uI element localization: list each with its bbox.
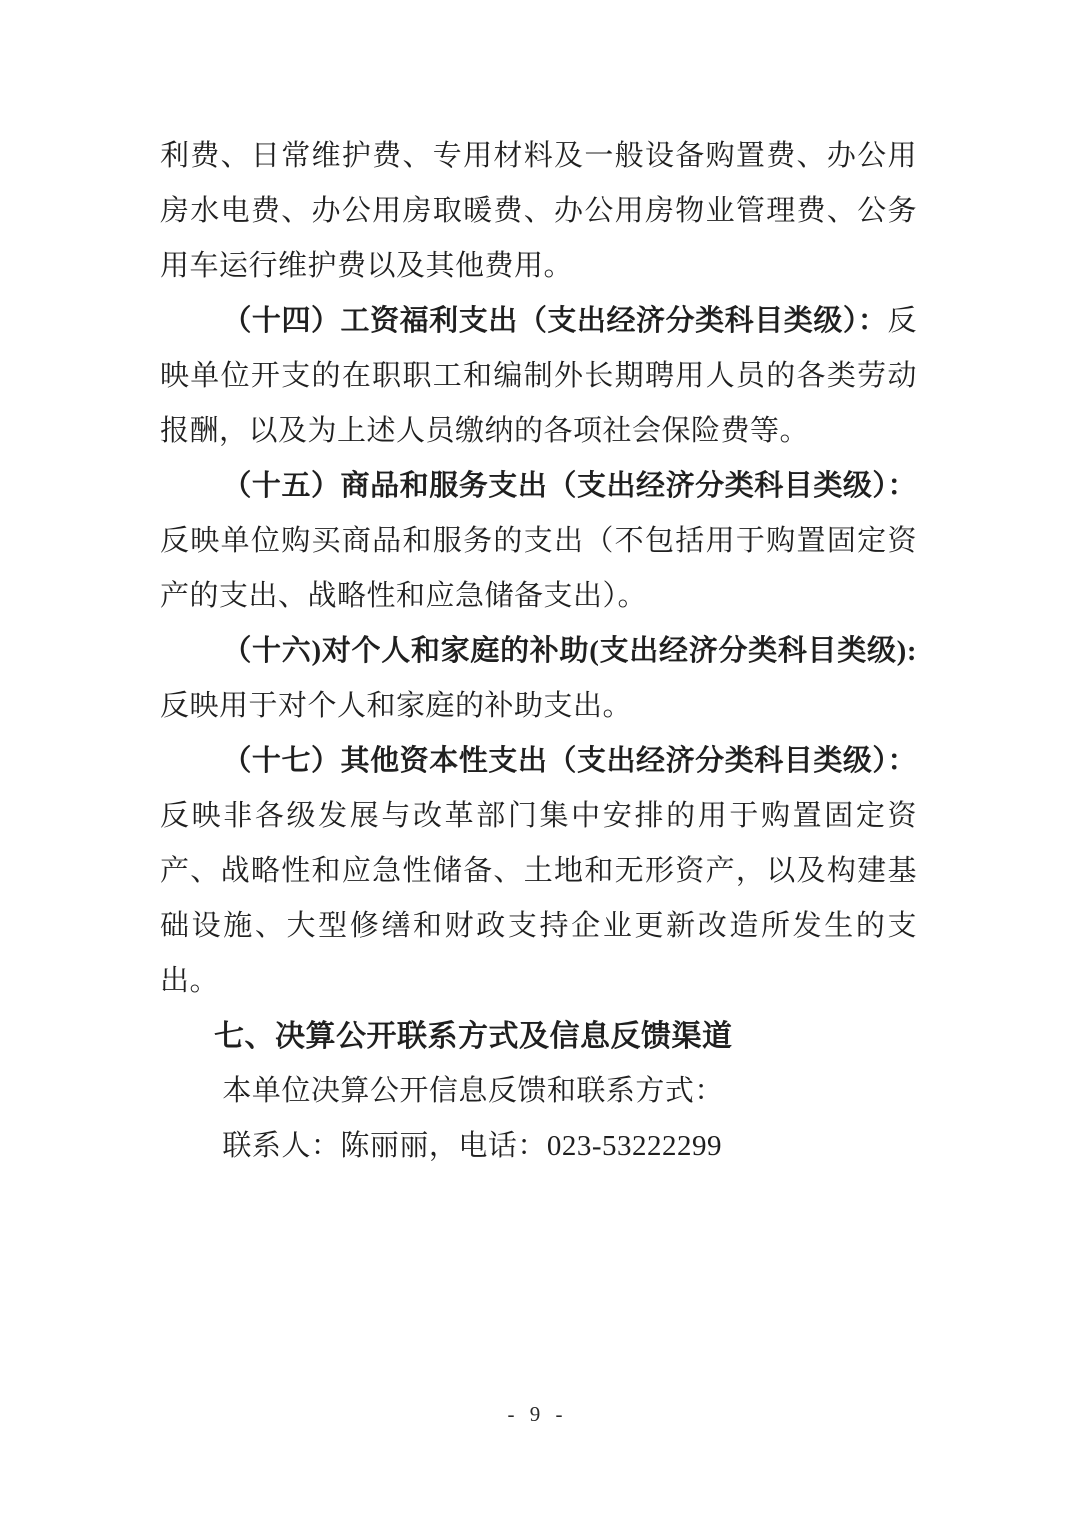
document-page: 利费、日常维护费、专用材料及一般设备购置费、办公用房水电费、办公用房取暖费、办公… <box>0 0 1075 1520</box>
paragraph-item-14: （十四）工资福利支出（支出经济分类科目类级）：反映单位开支的在职职工和编制外长期… <box>160 294 917 459</box>
page-number: - 9 - <box>0 1400 1075 1428</box>
paragraph-lead: （十五）商品和服务支出（支出经济分类科目类级）： <box>222 470 917 502</box>
paragraph-text: 反映单位购买商品和服务的支出（不包括用于购置固定资产的支出、战略性和应急储备支出… <box>160 525 917 612</box>
paragraph-text: 利费、日常维护费、专用材料及一般设备购置费、办公用房水电费、办公用房取暖费、办公… <box>160 140 917 282</box>
paragraph-text: 反映非各级发展与改革部门集中安排的用于购置固定资产、战略性和应急性储备、土地和无… <box>160 800 917 997</box>
document-body: 利费、日常维护费、专用材料及一般设备购置费、办公用房水电费、办公用房取暖费、办公… <box>160 129 917 1174</box>
section-heading: 七、决算公开联系方式及信息反馈渠道 <box>160 1009 917 1064</box>
contact-intro: 本单位决算公开信息反馈和联系方式： <box>160 1064 917 1119</box>
paragraph-lead: （十六)对个人和家庭的补助(支出经济分类科目类级): <box>222 635 917 667</box>
paragraph-text: 反映用于对个人和家庭的补助支出。 <box>160 690 632 722</box>
contact-line: 联系人：陈丽丽，电话：023-53222299 <box>160 1119 917 1174</box>
paragraph-lead: （十七）其他资本性支出（支出经济分类科目类级）： <box>222 745 917 777</box>
paragraph-item-15: （十五）商品和服务支出（支出经济分类科目类级）：反映单位购买商品和服务的支出（不… <box>160 459 917 624</box>
paragraph-lead: （十四）工资福利支出（支出经济分类科目类级）： <box>222 305 887 337</box>
paragraph-continued: 利费、日常维护费、专用材料及一般设备购置费、办公用房水电费、办公用房取暖费、办公… <box>160 129 917 294</box>
paragraph-item-17: （十七）其他资本性支出（支出经济分类科目类级）：反映非各级发展与改革部门集中安排… <box>160 734 917 1009</box>
paragraph-item-16: （十六)对个人和家庭的补助(支出经济分类科目类级):反映用于对个人和家庭的补助支… <box>160 624 917 734</box>
